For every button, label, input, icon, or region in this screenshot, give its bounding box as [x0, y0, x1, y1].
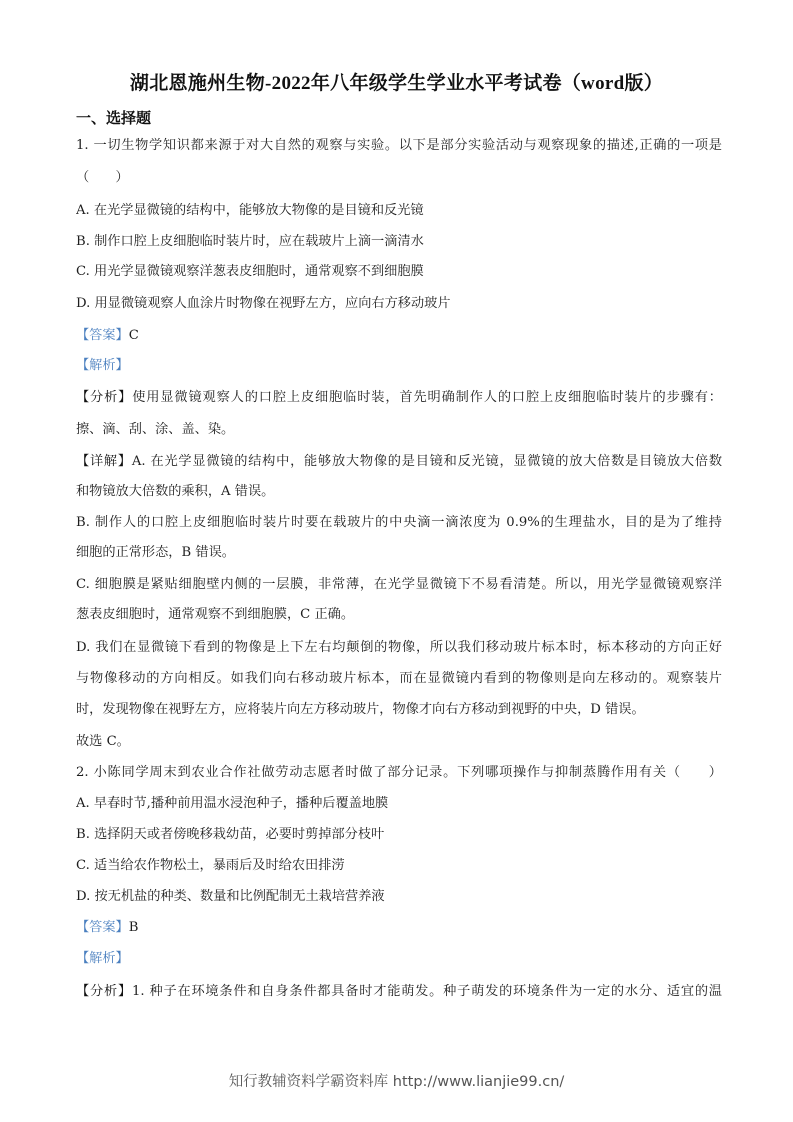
question-1-detail-line-3: B. 制作人的口腔上皮细胞临时装片时要在载玻片的中央滴一滴浓度为 0.9%的生理… — [76, 514, 722, 532]
question-1-explanation-heading: 【解析】 — [76, 357, 722, 375]
question-2-analysis-line-1: 【分析】1. 种子在环境条件和自身条件都具备时才能萌发。种子萌发的环境条件为一定… — [76, 983, 722, 1001]
analysis-label: 【分析】 — [76, 390, 132, 405]
question-1-option-c: C. 用光学显微镜观察洋葱表皮细胞时，通常观察不到细胞膜 — [76, 263, 722, 281]
question-2-option-b: B. 选择阴天或者傍晚移栽幼苗，必要时剪掉部分枝叶 — [76, 826, 722, 844]
question-1-analysis-line-1: 【分析】使用显微镜观察人的口腔上皮细胞临时装，首先明确制作人的口腔上皮细胞临时装… — [76, 389, 722, 407]
detail-label: 【详解】 — [76, 454, 132, 469]
detail-text: A. 在光学显微镜的结构中，能够放大物像的是目镜和反光镜，显微镜的放大倍数是目镜… — [132, 454, 722, 469]
document-page: 湖北恩施州生物-2022年八年级学生学业水平考试卷（word版） 一、选择题 1… — [0, 0, 793, 1122]
question-1-detail-line-5: C. 细胞膜是紧贴细胞壁内侧的一层膜，非常薄，在光学显微镜下不易看清楚。所以，用… — [76, 576, 722, 594]
question-2-answer: 【答案】B — [76, 919, 722, 937]
footer-url-link[interactable]: http://www.lianjie99.cn/ — [393, 1074, 565, 1090]
answer-label: 【答案】 — [76, 920, 129, 935]
analysis-label: 【分析】 — [76, 984, 132, 999]
question-1-detail-line-2: 和物镜放大倍数的乘积，A 错误。 — [76, 483, 722, 501]
question-1-option-d: D. 用显微镜观察人血涂片时物像在视野左方，应向右方移动玻片 — [76, 295, 722, 313]
explanation-label: 【解析】 — [76, 358, 129, 373]
answer-label: 【答案】 — [76, 328, 129, 343]
question-2-option-c: C. 适当给农作物松土，暴雨后及时给农田排涝 — [76, 857, 722, 875]
question-1-analysis-line-2: 擦、滴、刮、涂、盖、染。 — [76, 421, 722, 439]
analysis-text: 使用显微镜观察人的口腔上皮细胞临时装，首先明确制作人的口腔上皮细胞临时装片的步骤… — [132, 390, 722, 405]
explanation-label: 【解析】 — [76, 951, 129, 966]
question-2-explanation-heading: 【解析】 — [76, 950, 722, 968]
answer-value: C — [129, 328, 139, 343]
question-1-detail-line-7: D. 我们在显微镜下看到的物像是上下左右均颠倒的物像，所以我们移动玻片标本时，标… — [76, 639, 722, 657]
section-heading: 一、选择题 — [76, 107, 151, 128]
analysis-text: 1. 种子在环境条件和自身条件都具备时才能萌发。种子萌发的环境条件为一定的水分、… — [132, 984, 722, 999]
question-2-option-a: A. 早春时节,播种前用温水浸泡种子，播种后覆盖地膜 — [76, 795, 722, 813]
question-1-detail-line-4: 细胞的正常形态，B 错误。 — [76, 544, 722, 562]
question-2-option-d: D. 按无机盐的种类、数量和比例配制无土栽培营养液 — [76, 888, 722, 906]
question-2-stem: 2. 小陈同学周末到农业合作社做劳动志愿者时做了部分记录。下列哪项操作与抑制蒸腾… — [76, 764, 722, 782]
question-1-detail-line-8: 与物像移动的方向相反。如我们向右移动玻片标本，而在显微镜内看到的物像则是向左移动… — [76, 670, 722, 688]
question-1-stem: 1. 一切生物学知识都来源于对大自然的观察与实验。以下是部分实验活动与观察现象的… — [76, 137, 722, 155]
document-title: 湖北恩施州生物-2022年八年级学生学业水平考试卷（word版） — [0, 68, 793, 95]
question-1-option-a: A. 在光学显微镜的结构中，能够放大物像的是目镜和反光镜 — [76, 202, 722, 220]
footer-site-name: 知行教辅资料学霸资料库 — [229, 1074, 389, 1090]
answer-value: B — [129, 920, 139, 935]
question-1-option-b: B. 制作口腔上皮细胞临时装片时，应在载玻片上滴一滴清水 — [76, 233, 722, 251]
question-1-answer: 【答案】C — [76, 327, 722, 345]
footer-watermark: 知行教辅资料学霸资料库 http://www.lianjie99.cn/ — [0, 1070, 793, 1091]
question-1-detail-line-9: 时，发现物像在视野左方，应将装片向左方移动玻片，物像才向右方移动到视野的中央，D… — [76, 701, 722, 719]
question-1-blank: （ ） — [76, 169, 722, 187]
question-1-detail-line-6: 葱表皮细胞时，通常观察不到细胞膜，C 正确。 — [76, 606, 722, 624]
question-1-conclusion: 故选 C。 — [76, 733, 722, 751]
question-1-detail-line-1: 【详解】A. 在光学显微镜的结构中，能够放大物像的是目镜和反光镜，显微镜的放大倍… — [76, 453, 722, 471]
